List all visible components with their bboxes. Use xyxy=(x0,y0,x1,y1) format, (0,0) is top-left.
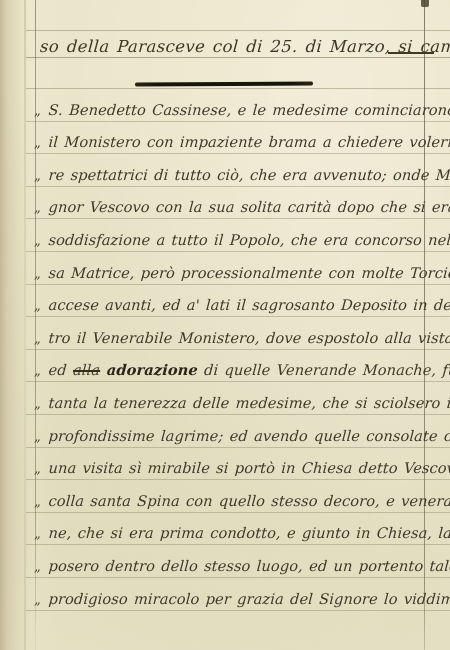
manuscript-line-text: soddisfazione a tutto il Popolo, che era… xyxy=(48,232,450,249)
ditto-quote-mark: „ xyxy=(34,397,41,412)
manuscript-line-text: S. Benedetto Cassinese, e le medesime co… xyxy=(48,102,450,119)
manuscript-line-text: ne, che si era prima condotto, e giunto … xyxy=(48,525,450,542)
manuscript-line: „colla santa Spina con quello stesso dec… xyxy=(26,480,450,513)
manuscript-line-text: sa Matrice, però processionalmente con m… xyxy=(48,265,450,282)
ditto-quote-mark: „ xyxy=(34,267,41,282)
manuscript-line: „accese avanti, ed a' lati il sagrosanto… xyxy=(26,285,450,318)
manuscript-line-text: re spettatrici di tutto ciò, che era avv… xyxy=(48,167,450,184)
manuscript-line: „soddisfazione a tutto il Popolo, che er… xyxy=(26,219,450,252)
ditto-quote-mark: „ xyxy=(34,527,41,542)
ditto-quote-mark: „ xyxy=(34,560,41,575)
ditto-quote-mark: „ xyxy=(34,462,41,477)
manuscript-line: „una visita sì mirabile si portò in Chie… xyxy=(26,448,450,481)
manuscript-line-text: il Monistero con impaziente brama a chie… xyxy=(48,134,450,151)
manuscript-page: so della Parasceve col di 25. di Marzo, … xyxy=(0,0,450,650)
ditto-quote-mark: „ xyxy=(34,364,41,379)
manuscript-line-text: ed alla adorazione di quelle Venerande M… xyxy=(48,362,450,379)
manuscript-line: „tanta la tenerezza delle medesime, che … xyxy=(26,382,450,415)
manuscript-line-text: prodigioso miracolo per grazia del Signo… xyxy=(48,591,450,608)
manuscript-line-text: gnor Vescovo con la sua solita carità do… xyxy=(48,199,450,216)
manuscript-line: „ne, che si era prima condotto, e giunto… xyxy=(26,513,450,546)
ditto-quote-mark: „ xyxy=(34,332,41,347)
line-text-rest: di quelle Venerande Monache, fu xyxy=(197,362,450,379)
correction-word: adorazione xyxy=(100,362,199,379)
struck-word: alla xyxy=(72,362,100,379)
ditto-quote-mark: „ xyxy=(34,201,41,216)
manuscript-line: „S. Benedetto Cassinese, e le medesime c… xyxy=(26,89,450,122)
manuscript-line: „ed alla adorazione di quelle Venerande … xyxy=(26,350,450,383)
manuscript-line: „posero dentro dello stesso luogo, ed un… xyxy=(26,545,450,578)
section-divider xyxy=(135,82,313,86)
manuscript-line-text: posero dentro dello stesso luogo, ed un … xyxy=(48,558,450,575)
header-spacer-row xyxy=(26,58,450,89)
manuscript-line-text: una visita sì mirabile si portò in Chies… xyxy=(48,460,450,477)
ditto-quote-mark: „ xyxy=(34,495,41,510)
ditto-quote-mark: „ xyxy=(34,169,41,184)
ditto-quote-mark: „ xyxy=(34,234,41,249)
manuscript-line-text: profondissime lagrime; ed avendo quelle … xyxy=(48,428,450,445)
line-text-pre: ed xyxy=(48,362,74,379)
ditto-quote-mark: „ xyxy=(34,299,41,314)
manuscript-line-text: tanta la tenerezza delle medesime, che s… xyxy=(48,395,450,412)
manuscript-line-text: colla santa Spina con quello stesso deco… xyxy=(48,493,450,510)
header-row: so della Parasceve col di 25. di Marzo, … xyxy=(26,30,450,58)
manuscript-line: „tro il Venerabile Monistero, dove espos… xyxy=(26,317,450,350)
manuscript-line: „re spettatrici di tutto ciò, che era av… xyxy=(26,154,450,187)
manuscript-body: „S. Benedetto Cassinese, e le medesime c… xyxy=(26,89,450,611)
ditto-quote-mark: „ xyxy=(34,430,41,445)
manuscript-line-text: tro il Venerabile Monistero, dove espost… xyxy=(48,330,450,347)
ditto-quote-mark: „ xyxy=(34,593,41,608)
manuscript-line: „il Monistero con impaziente brama a chi… xyxy=(26,122,450,155)
line-filler-dash xyxy=(388,52,434,54)
manuscript-line-text: accese avanti, ed a' lati il sagrosanto … xyxy=(48,297,450,314)
ditto-quote-mark: „ xyxy=(34,104,41,119)
ditto-quote-mark: „ xyxy=(34,136,41,151)
manuscript-line: „gnor Vescovo con la sua solita carità d… xyxy=(26,187,450,220)
manuscript-line: „prodigioso miracolo per grazia del Sign… xyxy=(26,578,450,611)
manuscript-line: „sa Matrice, però processionalmente con … xyxy=(26,252,450,285)
ink-blot xyxy=(421,0,429,7)
manuscript-line: „profondissime lagrime; ed avendo quelle… xyxy=(26,415,450,448)
